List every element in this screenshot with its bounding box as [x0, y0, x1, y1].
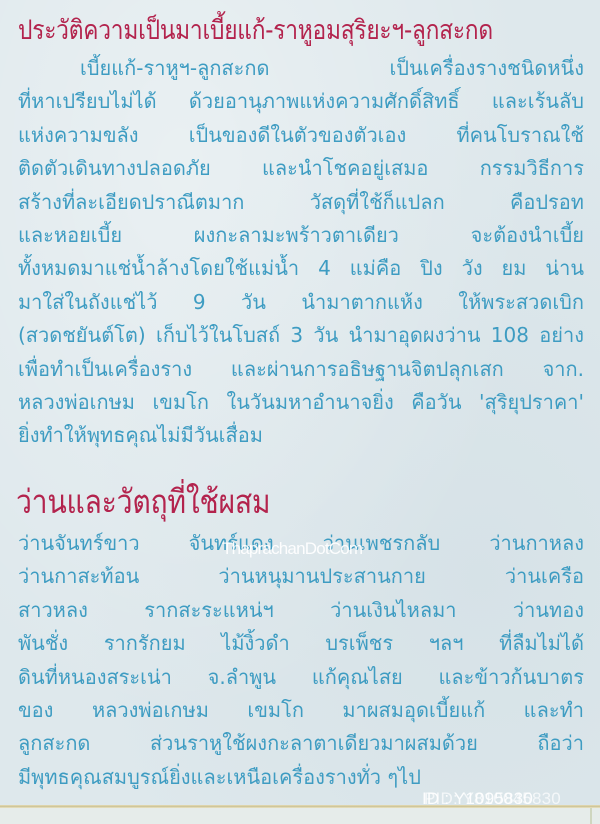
text-line: มีพุทธคุณสมบูรณ์ยิ่งและเหนือเครื่องรางทั… [18, 761, 584, 794]
text-line: ดินที่หนองสระเน่า จ.ลำพูน แก้คุณไสย และข… [18, 661, 584, 694]
text-line: หลวงพ่อเกษม เขมโก ในวันมหาอำนาจยิ่ง คือว… [18, 386, 584, 419]
next-section-edge [0, 808, 600, 824]
paragraph-ingredients: ว่านจันทร์ขาว จันทร์แดง ว่านเพชรกลับ ว่า… [18, 527, 584, 794]
text-line: พันชั่ง รากรักยม ไม้งิ้วดำ บรเพ็ชร ฯลฯ ท… [18, 627, 584, 660]
paragraph-history: เบี้ยแก้-ราหูฯ-ลูกสะกด เป็นเครื่องรางชนิ… [18, 52, 584, 453]
heading-ingredients: ว่านและวัตถุที่ใช้ผสม [16, 478, 270, 526]
text-line: สร้างที่ละเอียดปราณีตมาก วัสดุที่ใช้ก็แป… [18, 186, 584, 219]
text-line: ว่านจันทร์ขาว จันทร์แดง ว่านเพชรกลับ ว่า… [18, 527, 584, 560]
text-line: และหอยเบี้ย ผงกะลามะพร้าวตาเดียว จะต้องน… [18, 219, 584, 252]
text-line: เพื่อทำเป็นเครื่องราง และผ่านการอธิษฐานจ… [18, 353, 584, 386]
text-line: ยิ่งทำให้พุทธคุณไม่มีวันเสื่อม [18, 419, 584, 452]
text-line: ว่านกาสะท้อน ว่านหนุมานประสานกาย ว่านเคร… [18, 560, 584, 593]
text-line: ลูกสะกด ส่วนราหูใช้ผงกะลาตาเดียวมาผสมด้ว… [18, 727, 584, 760]
heading-history: ประวัติความเป็นมาเบี้ยแก้-ราหูอมสุริยะฯ-… [18, 10, 493, 52]
text-line: ของ หลวงพ่อเกษม เขมโก มาผสมอุดเบี้ยแก้ แ… [18, 694, 584, 727]
text-line: ติดตัวเดินทางปลอดภัย และนำโชคอยู่เสมอ กร… [18, 152, 584, 185]
scanned-page: ประวัติความเป็นมาเบี้ยแก้-ราหูอมสุริยะฯ-… [0, 0, 600, 824]
text-line: ที่หาเปรียบไม่ได้ ด้วยอานุภาพแห่งความศัก… [18, 85, 584, 118]
text-line: ทั้งหมดมาแช่น้ำล้างโดยใช้แม่น้ำ 4 แม่คือ… [18, 252, 584, 285]
text-line: มาใส่ในถังแช่ไว้ 9 วัน นำมาตากแห้ง ให้พร… [18, 286, 584, 319]
frame-border [590, 808, 592, 824]
text-line: เบี้ยแก้-ราหูฯ-ลูกสะกด เป็นเครื่องรางชนิ… [18, 52, 584, 85]
text-line: สาวหลง รากสะระแหน่ฯ ว่านเงินไหลมา ว่านทอ… [18, 594, 584, 627]
text-line: แห่งความขลัง เป็นของดีในตัวของตัวเอง ที่… [18, 119, 584, 152]
text-line: (สวดชยันต์โต) เก็บไว้ในโบสถ์ 3 วัน นำมาอ… [18, 319, 584, 352]
